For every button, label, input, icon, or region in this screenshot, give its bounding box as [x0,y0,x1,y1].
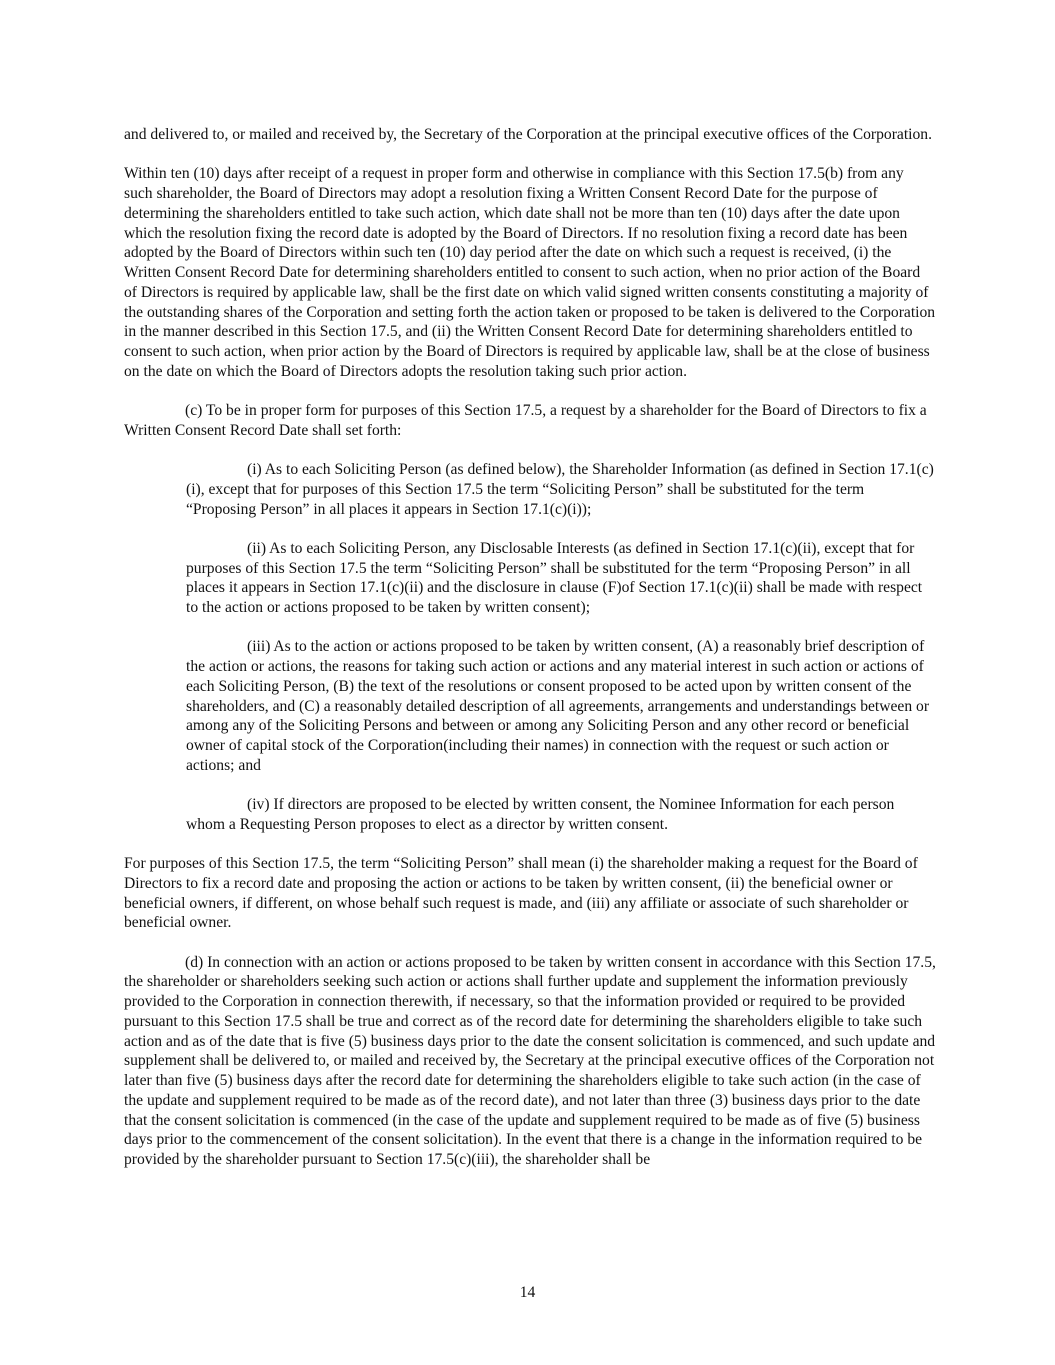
clause-iii-actions-proposed: (iii) As to the action or actions propos… [186,637,936,775]
clause-iv-nominee-information: (iv) If directors are proposed to be ele… [186,795,936,835]
paragraph-d-update-supplement: (d) In connection with an action or acti… [124,953,936,1170]
paragraph-record-date: Within ten (10) days after receipt of a … [124,164,936,381]
document-page: and delivered to, or mailed and received… [124,125,936,1189]
paragraph-soliciting-person-definition: For purposes of this Section 17.5, the t… [124,854,936,933]
page-number: 14 [0,1284,1055,1302]
clause-ii-disclosable-interests: (ii) As to each Soliciting Person, any D… [186,539,936,618]
paragraph-continuation: and delivered to, or mailed and received… [124,125,936,145]
clause-i-shareholder-information: (i) As to each Soliciting Person (as def… [186,460,936,519]
paragraph-c-proper-form: (c) To be in proper form for purposes of… [124,401,936,441]
